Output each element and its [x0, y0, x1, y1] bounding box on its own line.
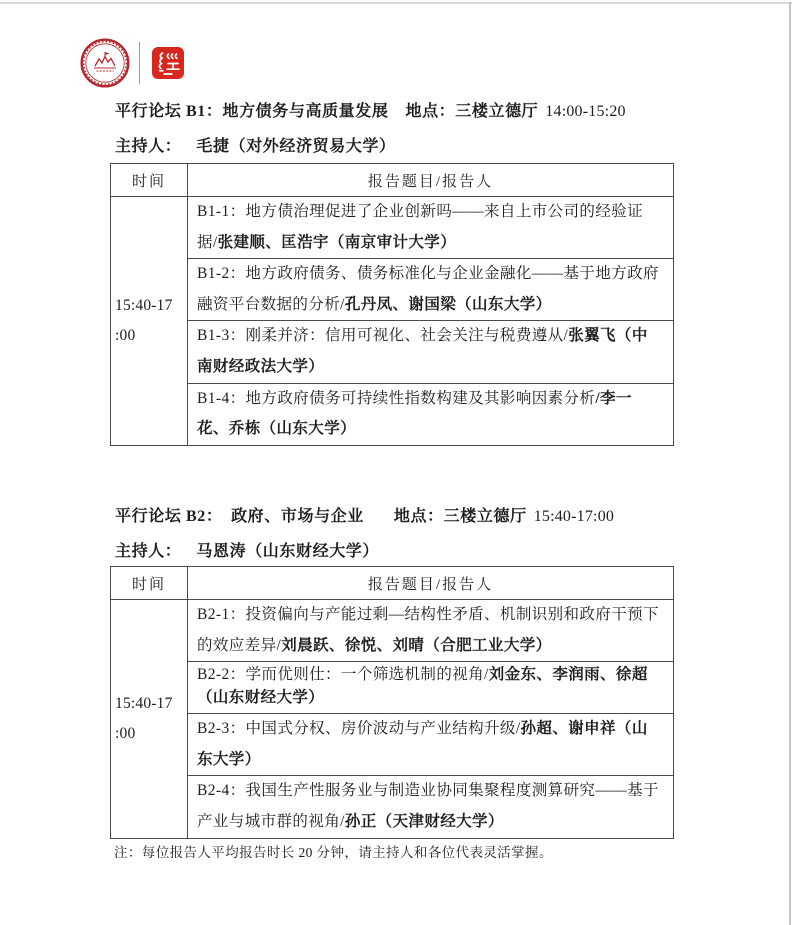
- table-header-row: 时间 报告题目/报告人: [111, 164, 674, 197]
- table-row: 15:40-17 :00 B1-1：地方债治理促进了企业创新吗——来自上市公司的…: [111, 197, 674, 259]
- university-emblem-icon: [80, 38, 130, 88]
- session-b1: 平行论坛 B1：地方债务与高质量发展地点：三楼立德厅14:00-15:20 主持…: [115, 98, 677, 156]
- report-presenters: 刘晨跃、徐悦、刘晴（合肥工业大学）: [281, 637, 551, 654]
- journal-seal-icon: [151, 46, 185, 80]
- report-title: 地方政府债务可持续性指数构建及其影响因素分析: [246, 390, 596, 407]
- host-line: 主持人：毛捷（对外经济贸易大学）: [115, 133, 677, 156]
- time-text: :00: [115, 321, 185, 351]
- location-label: 地点：三楼立德厅: [405, 103, 538, 120]
- report-id: B1-2：: [197, 265, 246, 282]
- report-cell: B2-3：中国式分权、房价波动与产业结构升级/孙超、谢申祥（山东大学）: [188, 714, 674, 776]
- table-row: B1-4：地方政府债务可持续性指数构建及其影响因素分析/李一花、乔栋（山东大学）: [111, 383, 674, 445]
- table-row: B2-2：学而优则仕：一个筛选机制的视角/刘金东、李润雨、徐超（山东财经大学）: [111, 662, 674, 714]
- report-cell: B1-2：地方政府债务、债务标准化与企业金融化——基于地方政府融资平台数据的分析…: [188, 259, 674, 321]
- host-name: 马恩涛（山东财经大学）: [196, 543, 379, 560]
- table-row: B2-3：中国式分权、房价波动与产业结构升级/孙超、谢申祥（山东大学）: [111, 714, 674, 776]
- logo-divider: [139, 42, 140, 84]
- report-title: 刚柔并济：信用可视化、社会关注与税费遵从/: [246, 327, 569, 344]
- report-title: 学而优则仕：一个筛选机制的视角/: [246, 666, 489, 683]
- time-text: :00: [115, 719, 185, 749]
- forum-label: 平行论坛 B1：地方债务与高质量发展: [115, 103, 388, 120]
- host-label: 主持人：: [115, 138, 181, 155]
- time-cell: 15:40-17 :00: [111, 197, 188, 446]
- page-edge-top: [0, 2, 792, 4]
- forum-label: 平行论坛 B2： 政府、市场与企业: [115, 508, 364, 525]
- report-cell: B2-1：投资偏向与产能过剩—结构性矛盾、机制识别和政府干预下的效应差异/刘晨跃…: [188, 600, 674, 662]
- table-row: B2-4：我国生产性服务业与制造业协同集聚程度测算研究——基于产业与城市群的视角…: [111, 776, 674, 838]
- report-title: 中国式分权、房价波动与产业结构升级/: [246, 720, 521, 737]
- session-time: 15:40-17:00: [534, 508, 614, 525]
- table-header-row: 时间 报告题目/报告人: [111, 567, 674, 600]
- table-row: 15:40-17 :00 B2-1：投资偏向与产能过剩—结构性矛盾、机制识别和政…: [111, 600, 674, 662]
- report-id: B1-1：: [197, 203, 246, 220]
- session-b2: 平行论坛 B2： 政府、市场与企业地点：三楼立德厅15:40-17:00 主持人…: [115, 503, 677, 561]
- footer-note: 注：每位报告人平均报告时长 20 分钟，请主持人和各位代表灵活掌握。: [114, 841, 553, 861]
- session-title: 平行论坛 B2： 政府、市场与企业地点：三楼立德厅15:40-17:00: [115, 503, 677, 526]
- column-header-report: 报告题目/报告人: [188, 567, 674, 600]
- report-id: B2-3：: [197, 720, 246, 737]
- time-text: 15:40-17: [115, 689, 185, 719]
- report-cell: B2-2：学而优则仕：一个筛选机制的视角/刘金东、李润雨、徐超（山东财经大学）: [188, 662, 674, 714]
- report-cell: B1-4：地方政府债务可持续性指数构建及其影响因素分析/李一花、乔栋（山东大学）: [188, 383, 674, 445]
- host-line: 主持人：马恩涛（山东财经大学）: [115, 538, 677, 561]
- session-title: 平行论坛 B1：地方债务与高质量发展地点：三楼立德厅14:00-15:20: [115, 98, 677, 121]
- host-label: 主持人：: [115, 543, 181, 560]
- report-id: B2-4：: [197, 782, 246, 799]
- table-row: B1-2：地方政府债务、债务标准化与企业金融化——基于地方政府融资平台数据的分析…: [111, 259, 674, 321]
- report-id: B1-4：: [197, 390, 246, 407]
- report-id: B2-2：: [197, 666, 246, 683]
- location-label: 地点：三楼立德厅: [394, 508, 527, 525]
- report-id: B2-1：: [197, 606, 246, 623]
- report-cell: B1-1：地方债治理促进了企业创新吗——来自上市公司的经验证据/张建顺、匡浩宇（…: [188, 197, 674, 259]
- header-logos: [80, 38, 185, 88]
- report-presenters: 张建顺、匡浩宇（南京审计大学）: [218, 234, 457, 251]
- report-cell: B2-4：我国生产性服务业与制造业协同集聚程度测算研究——基于产业与城市群的视角…: [188, 776, 674, 838]
- column-header-time: 时间: [111, 164, 188, 197]
- time-text: 15:40-17: [115, 291, 185, 321]
- time-cell: 15:40-17 :00: [111, 600, 188, 839]
- session-time: 14:00-15:20: [545, 103, 625, 120]
- column-header-report: 报告题目/报告人: [188, 164, 674, 197]
- page-edge-right: [789, 2, 791, 925]
- table-row: B1-3：刚柔并济：信用可视化、社会关注与税费遵从/张翼飞（中南财经政法大学）: [111, 321, 674, 383]
- report-id: B1-3：: [197, 327, 246, 344]
- host-name: 毛捷（对外经济贸易大学）: [196, 138, 395, 155]
- page: { "colors": { "seal_red": "#b5272d", "st…: [0, 0, 792, 925]
- report-presenters: 孙正（天津财经大学）: [345, 813, 504, 830]
- report-cell: B1-3：刚柔并济：信用可视化、社会关注与税费遵从/张翼飞（中南财经政法大学）: [188, 321, 674, 383]
- report-presenters: 孔丹凤、谢国梁（山东大学）: [345, 296, 552, 313]
- column-header-time: 时间: [111, 567, 188, 600]
- program-table-b1: 时间 报告题目/报告人 15:40-17 :00 B1-1：地方债治理促进了企业…: [110, 163, 674, 446]
- program-table-b2: 时间 报告题目/报告人 15:40-17 :00 B2-1：投资偏向与产能过剩—…: [110, 566, 674, 839]
